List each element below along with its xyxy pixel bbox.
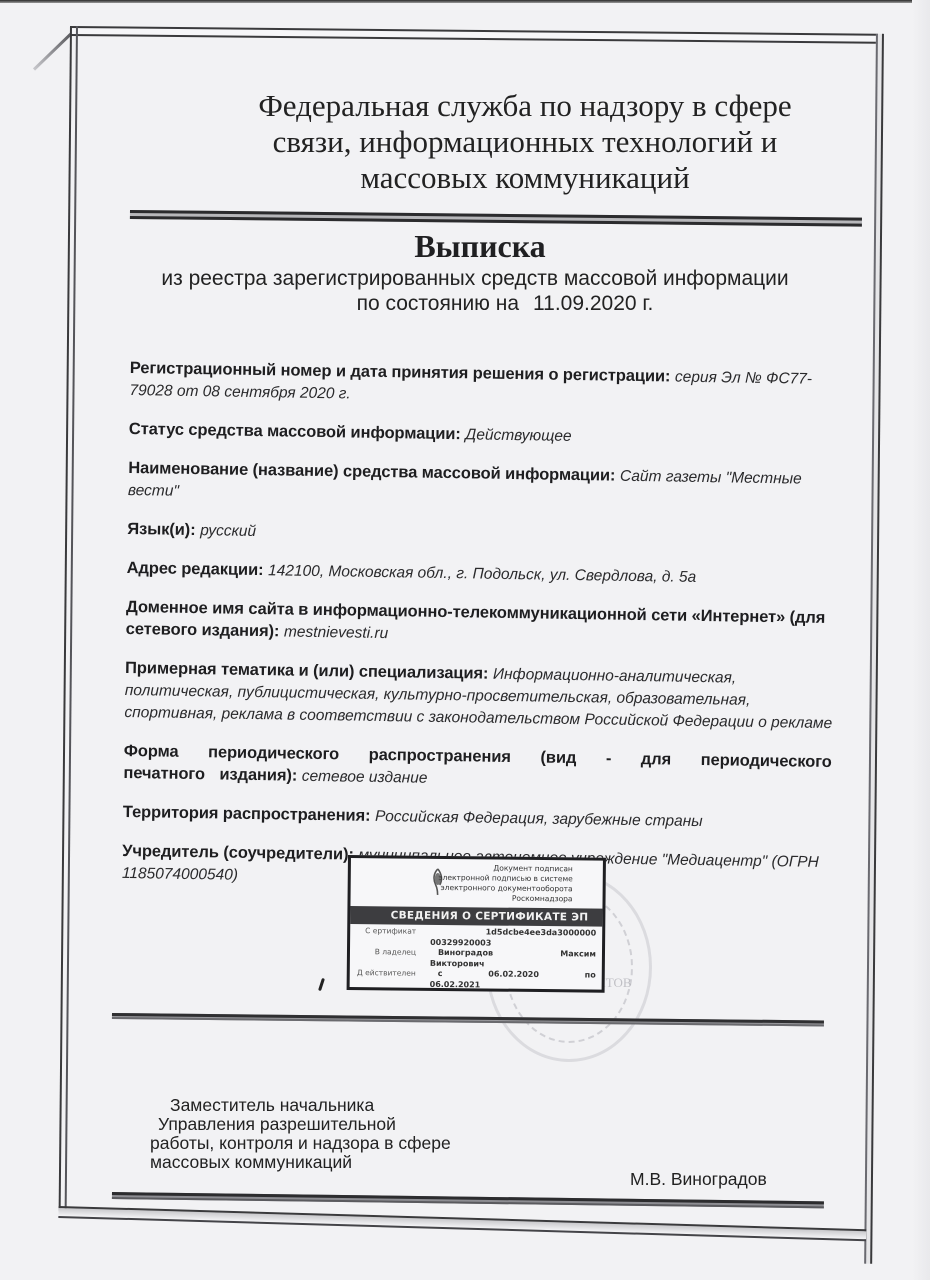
field-languages: Язык(и): русский — [127, 519, 835, 552]
field-value: русский — [200, 522, 256, 540]
esig-value: с 06.02.2020 по — [438, 969, 596, 980]
esig-key: Д ействителен — [354, 968, 416, 978]
scan-edge-right — [912, 0, 930, 1280]
esig-value: 1d5dcbe4ee3da3000000 — [438, 927, 596, 938]
signer-position: Заместитель начальника Управления разреш… — [150, 1096, 490, 1172]
esig-value: 00329920003 — [430, 938, 491, 948]
field-value: mestnievesti.ru — [284, 623, 388, 642]
signer-position-line: работы, контроля и надзора в сфере — [150, 1134, 490, 1153]
frame-border-right — [864, 34, 884, 1264]
signer-position-line: Заместитель начальника — [150, 1096, 490, 1115]
esig-key: С ертификат — [354, 926, 416, 936]
valid-to-prefix: по — [585, 970, 596, 979]
document-title: Выписка — [300, 228, 660, 265]
esig-details: С ертификат 1d5dcbe4ee3da3000000 0032992… — [350, 924, 603, 990]
document-subtitle: из реестра зарегистрированных средств ма… — [140, 266, 810, 316]
esig-key: В ладелец — [354, 947, 416, 957]
esig-note: Документ подписан электронной подписью в… — [403, 863, 573, 905]
frame-border-bottom — [58, 1206, 866, 1241]
frame-border-left — [59, 26, 78, 1211]
as-of-label: по состоянию на — [357, 292, 519, 315]
field-label: Статус средства массовой информации: — [129, 420, 461, 443]
agency-line: массовых коммуникаций — [215, 160, 835, 196]
owner-name: Максим — [560, 949, 596, 958]
field-value: 142100, Московская обл., г. Подольск, ул… — [268, 562, 696, 586]
agency-line: Федеральная служба по надзору в сфере — [215, 88, 835, 124]
agency-name: Федеральная служба по надзору в сфере св… — [215, 88, 835, 196]
valid-from-prefix: с — [438, 969, 443, 978]
subtitle-text: из реестра зарегистрированных средств ма… — [161, 267, 788, 290]
field-value: сетевое издание — [302, 768, 428, 787]
esig-note-line: Роскомнадзора — [403, 893, 573, 905]
frame-border-top — [70, 26, 878, 44]
field-label: Учредитель (соучредители): — [122, 842, 354, 864]
electronic-signature-stamp: Документ подписан электронной подписью в… — [347, 855, 606, 993]
as-of-line: по состоянию на11.09.2020 г. — [140, 291, 810, 316]
field-topics: Примерная тематика и (или) специализация… — [124, 658, 833, 735]
field-label: Адрес редакции: — [127, 559, 264, 579]
field-value: Российская Федерация, зарубежные страны — [375, 808, 703, 830]
field-label: Доменное имя сайта в информационно-телек… — [126, 598, 826, 640]
field-value: Действующее — [465, 426, 571, 445]
owner-surname: Виноградов — [438, 948, 493, 958]
field-label: Язык(и): — [127, 520, 196, 539]
field-distribution-form: Форма периодического распространения (ви… — [123, 741, 832, 796]
scan-edge — [0, 0, 930, 3]
field-label: Примерная тематика и (или) специализация… — [125, 659, 489, 683]
esig-header: Документ подписан электронной подписью в… — [350, 858, 602, 909]
field-label: Наименование (название) средства массово… — [128, 459, 615, 485]
esig-row-owner: В ладелец Виноградов Максим Викторович — [350, 947, 602, 971]
registry-fields: Регистрационный номер и дата принятия ре… — [121, 358, 837, 913]
esig-value: Викторович — [430, 959, 485, 969]
field-domain-name: Доменное имя сайта в информационно-телек… — [126, 597, 835, 652]
esig-row-validity: Д ействителен с 06.02.2020 по 06.02.2021 — [350, 968, 602, 992]
signer-name: М.В. Виноградов — [630, 1169, 767, 1190]
valid-from: 06.02.2020 — [488, 969, 539, 979]
field-label: Территория распространения: — [123, 803, 371, 825]
signer-position-line: Управления разрешительной — [150, 1115, 490, 1134]
agency-line: связи, информационных технологий и — [215, 124, 835, 160]
field-label: Форма периодического распространения (ви… — [123, 742, 832, 785]
esig-row-certificate: С ертификат 1d5dcbe4ee3da3000000 0032992… — [350, 926, 602, 950]
field-distribution-territory: Территория распространения: Российская Ф… — [123, 802, 831, 835]
as-of-date: 11.09.2020 г. — [533, 292, 653, 315]
esig-value: Виноградов Максим — [438, 948, 596, 959]
field-status: Статус средства массовой информации: Дей… — [129, 419, 837, 452]
valid-to: 06.02.2021 — [430, 980, 481, 990]
field-media-name: Наименование (название) средства массово… — [128, 458, 837, 513]
field-editorial-address: Адрес редакции: 142100, Московская обл.,… — [127, 558, 835, 591]
signer-position-line: массовых коммуникаций — [150, 1153, 490, 1172]
